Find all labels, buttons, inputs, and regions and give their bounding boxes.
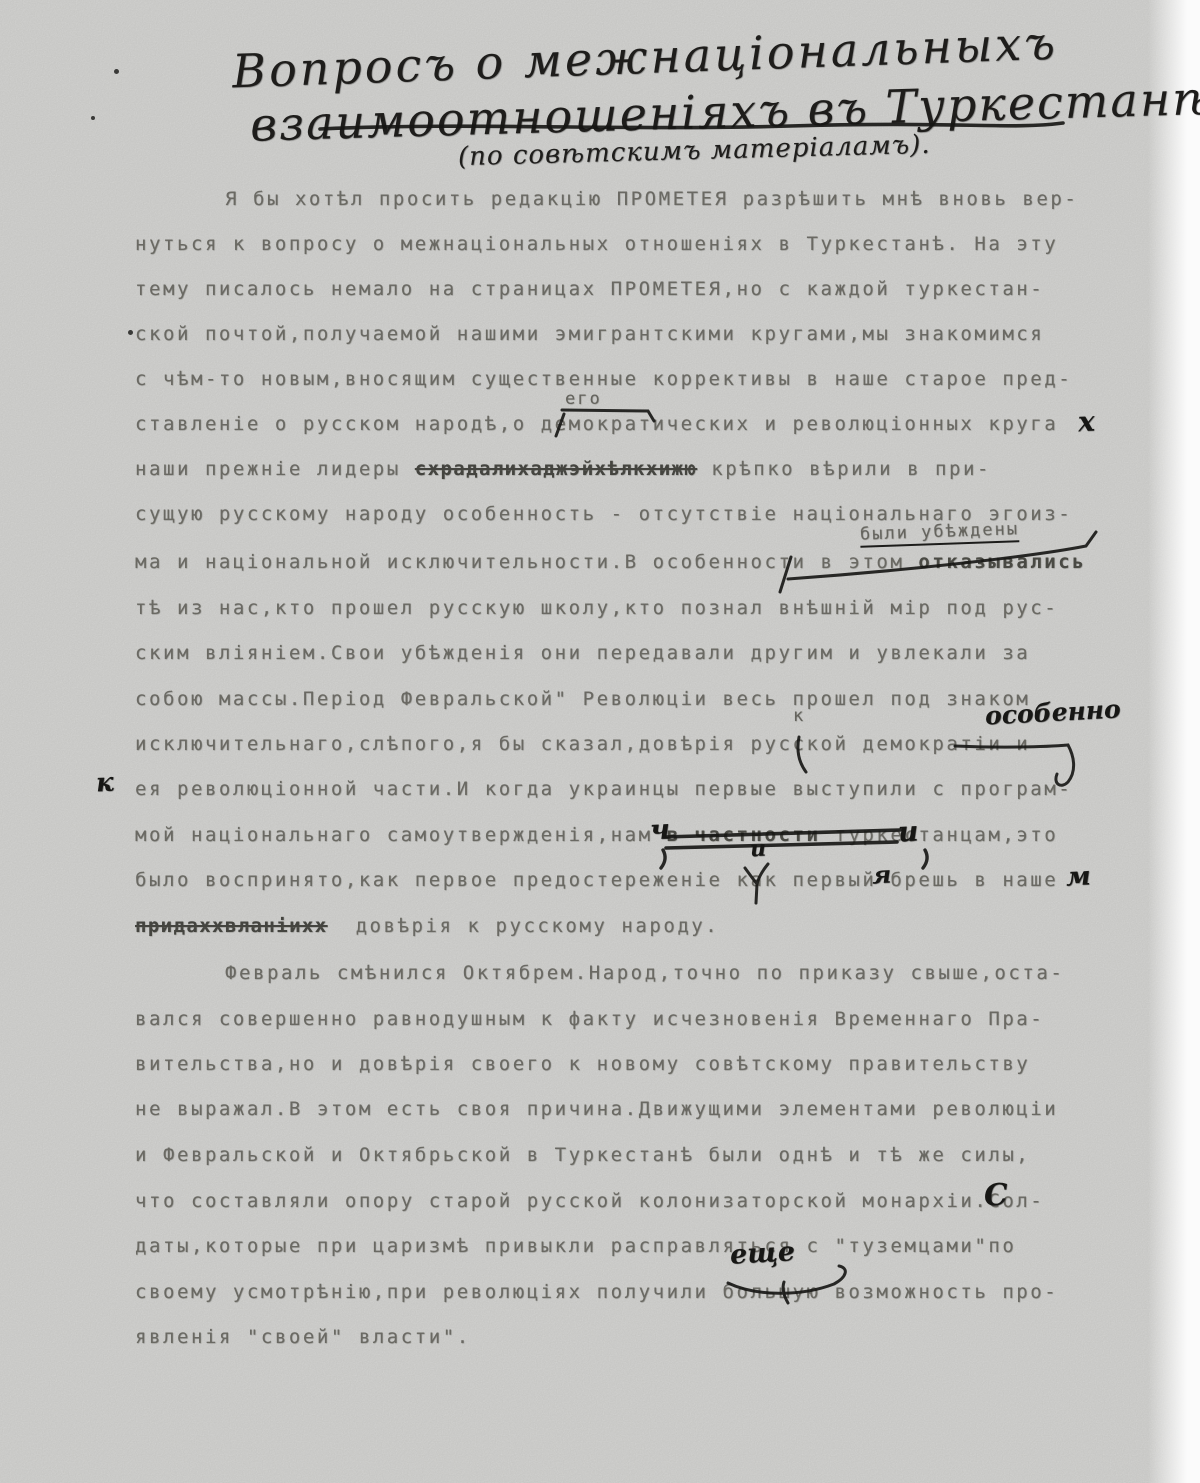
typed-text: вительства,но и довѣрія своего к новому …: [135, 1053, 1030, 1075]
handwritten-annotation: х: [1077, 405, 1095, 439]
handwritten-annotation: и: [897, 814, 919, 848]
typed-text: с чѣм-то новым,вносящим существенные кор…: [135, 368, 1072, 390]
typed-text: было воспринято,как первое предостережен…: [135, 869, 1058, 891]
typed-line: тѣ из нас,кто прошел русскую школу,кто п…: [135, 597, 1058, 619]
typed-text: наши прежніе лидеры: [135, 458, 415, 480]
typed-line: вительства,но и довѣрія своего к новому …: [135, 1053, 1030, 1075]
typed-text: явленія "своей" власти".: [135, 1326, 471, 1348]
typed-text: крѣпко вѣрили в при-: [697, 458, 991, 480]
typed-interline-insert: к: [793, 706, 805, 726]
typed-text: и Февральской и Октябрьской в Туркестанѣ…: [135, 1144, 1030, 1166]
typed-text: довѣрія к русскому народу.: [328, 915, 720, 937]
typed-text: исключительнаго,слѣпого,я бы сказал,довѣ…: [135, 733, 1030, 755]
typed-interline-insert: его: [565, 389, 602, 409]
typed-line: с чѣм-то новым,вносящим существенные кор…: [135, 368, 1072, 390]
handwritten-annotation: к: [95, 768, 114, 799]
typed-text: своему усмотрѣнію,при революціях получил…: [135, 1281, 1058, 1303]
typed-text: ставленіе о русском народѣ,о демократиче…: [135, 413, 1058, 435]
typed-line: даты,которые при царизмѣ привыкли распра…: [135, 1235, 1016, 1257]
typed-body: Я бы хотѣл просить редакцію ПРОМЕТЕЯ раз…: [0, 0, 1200, 1483]
typed-line: тему писалось немало на страницах ПРОМЕТ…: [135, 278, 1044, 300]
typed-line: ма и національной исключительности.В осо…: [135, 551, 1086, 573]
handwritten-annotation: ч: [649, 812, 671, 846]
typed-text: нуться к вопросу о межнаціональных отнош…: [135, 233, 1058, 255]
typed-text: ской почтой,получаемой нашими эмигрантск…: [135, 323, 1044, 345]
typed-text: вался совершенно равнодушным к факту исч…: [135, 1008, 1044, 1030]
typed-text: ским вліяніем.Свои убѣжденія они передав…: [135, 642, 1030, 664]
typed-line: Февраль смѣнился Октябрем.Народ,точно по…: [225, 962, 1064, 984]
typed-line: ея революціонной части.И когда украинцы …: [135, 778, 1072, 800]
typed-line: исключительнаго,слѣпого,я бы сказал,довѣ…: [135, 733, 1030, 755]
pen-struck-word: в частности: [653, 824, 835, 846]
typed-line: явленія "своей" власти".: [135, 1326, 471, 1348]
typed-line: ским вліяніем.Свои убѣжденія они передав…: [135, 642, 1030, 664]
manuscript-page: Вопросъ о межнаціональныхъ взаимоотношен…: [0, 0, 1200, 1483]
typed-text: что составляли опору старой русской коло…: [135, 1190, 1044, 1212]
handwritten-annotation: С: [983, 1177, 1009, 1213]
handwritten-annotation: я: [871, 860, 892, 890]
typed-line: Я бы хотѣл просить редакцію ПРОМЕТЕЯ раз…: [225, 188, 1078, 210]
handwritten-annotation: м: [1065, 861, 1091, 892]
typed-line: что составляли опору старой русской коло…: [135, 1190, 1044, 1212]
typed-text: не выражал.В этом есть своя причина.Движ…: [135, 1098, 1058, 1120]
typed-text: собою массы.Період Февральской" Революці…: [135, 688, 1030, 710]
typed-line: ставленіе о русском народѣ,о демократиче…: [135, 413, 1058, 435]
typed-line: мой національнаго самоутвержденія,нам в …: [135, 824, 1058, 846]
typed-overstrike-word: схрадалихаджэйхѣлкхижю: [415, 458, 697, 480]
typed-text: даты,которые при царизмѣ привыкли распра…: [135, 1235, 1016, 1257]
typed-line: собою массы.Період Февральской" Революці…: [135, 688, 1030, 710]
typed-text: тѣ из нас,кто прошел русскую школу,кто п…: [135, 597, 1058, 619]
typed-text: ея революціонной части.И когда украинцы …: [135, 778, 1072, 800]
typed-line: не выражал.В этом есть своя причина.Движ…: [135, 1098, 1058, 1120]
typed-text: ма и національной исключительности.В осо…: [135, 551, 918, 573]
typed-text: тему писалось немало на страницах ПРОМЕТ…: [135, 278, 1044, 300]
typed-line: вался совершенно равнодушным к факту исч…: [135, 1008, 1044, 1030]
typed-text: мой національнаго самоутвержденія,нам: [135, 824, 653, 846]
typed-line: было воспринято,как первое предостережен…: [135, 869, 1058, 891]
typed-line: нуться к вопросу о межнаціональных отнош…: [135, 233, 1058, 255]
handwritten-annotation: и: [749, 836, 766, 863]
typed-text: туркестанцам,это: [834, 824, 1058, 846]
typed-overstrike-word: придахxвланіиxх: [135, 915, 328, 937]
pen-struck-word: отказывались: [918, 551, 1086, 573]
typed-text: Февраль смѣнился Октябрем.Народ,точно по…: [225, 962, 1064, 984]
typed-line: придахxвланіиxх довѣрія к русскому народ…: [135, 915, 719, 937]
typed-line: своему усмотрѣнію,при революціях получил…: [135, 1281, 1058, 1303]
handwritten-annotation: еще: [729, 1236, 796, 1270]
typed-text: Я бы хотѣл просить редакцію ПРОМЕТЕЯ раз…: [225, 188, 1078, 210]
typed-line: ской почтой,получаемой нашими эмигрантск…: [135, 323, 1044, 345]
typed-line: и Февральской и Октябрьской в Туркестанѣ…: [135, 1144, 1030, 1166]
typed-line: наши прежніе лидеры схрадалихаджэйхѣлкхи…: [135, 458, 991, 480]
